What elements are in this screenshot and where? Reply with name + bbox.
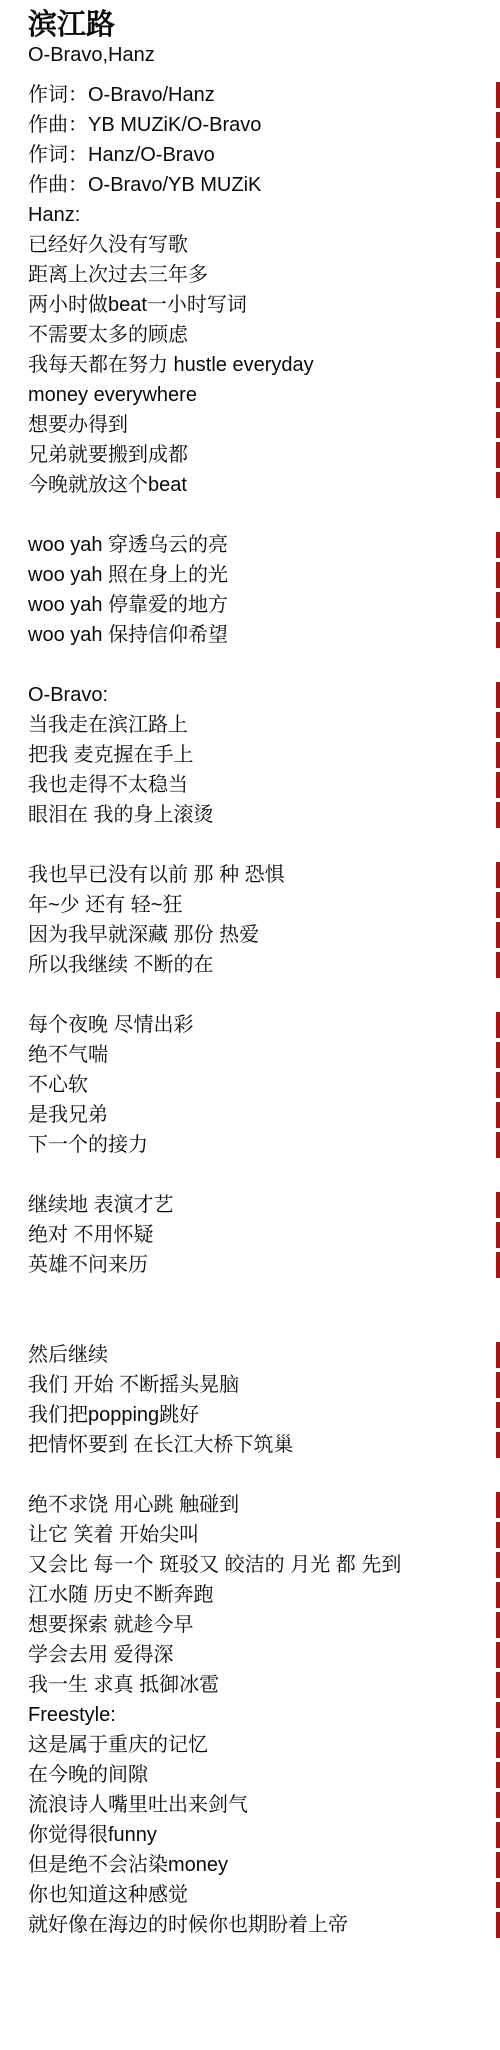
lyric-line: Hanz: (28, 200, 472, 230)
right-edge-line-marker (496, 1522, 500, 1548)
lyric-line: 这是属于重庆的记忆 (28, 1730, 472, 1760)
lyric-line: 绝对 不用怀疑 (28, 1220, 472, 1250)
right-edge-line-marker (496, 1912, 500, 1938)
right-edge-line-marker (496, 1492, 500, 1518)
right-edge-line-marker (496, 952, 500, 978)
right-edge-line-marker (496, 1402, 500, 1428)
lyric-line (28, 980, 472, 1010)
right-edge-line-marker (496, 1672, 500, 1698)
lyric-line: 你觉得很funny (28, 1820, 472, 1850)
lyric-line: O-Bravo: (28, 680, 472, 710)
lyric-line: 你也知道这种感觉 (28, 1880, 472, 1910)
lyric-line: 不心软 (28, 1070, 472, 1100)
right-edge-line-marker (496, 412, 500, 438)
lyric-line: 江水随 历史不断奔跑 (28, 1580, 472, 1610)
lyric-line: 把情怀要到 在长江大桥下筑巢 (28, 1430, 472, 1460)
lyric-line: 因为我早就深藏 那份 热爱 (28, 920, 472, 950)
right-edge-line-marker (496, 382, 500, 408)
lyric-line (28, 1160, 472, 1190)
lyric-line: 下一个的接力 (28, 1130, 472, 1160)
right-edge-line-marker (496, 352, 500, 378)
lyric-line: 让它 笑着 开始尖叫 (28, 1520, 472, 1550)
right-edge-line-marker (496, 202, 500, 228)
right-edge-line-marker (496, 1852, 500, 1878)
right-edge-line-marker (496, 1252, 500, 1278)
lyric-line: 是我兄弟 (28, 1100, 472, 1130)
lyric-line: 绝不气喘 (28, 1040, 472, 1070)
lyric-line: 作词：O-Bravo/Hanz (28, 80, 472, 110)
lyric-line (28, 1460, 472, 1490)
lyric-line: 我也早已没有以前 那 种 恐惧 (28, 860, 472, 890)
lyric-line: 眼泪在 我的身上滚烫 (28, 800, 472, 830)
lyric-line: 我每天都在努力 hustle everyday (28, 350, 472, 380)
lyric-line: 兄弟就要搬到成都 (28, 440, 472, 470)
lyric-line (28, 1310, 472, 1340)
right-edge-line-marker (496, 142, 500, 168)
right-edge-line-marker (496, 1822, 500, 1848)
right-edge-line-marker (496, 232, 500, 258)
right-edge-line-marker (496, 592, 500, 618)
lyric-line: 英雄不问来历 (28, 1250, 472, 1280)
lyric-line: 每个夜晚 尽情出彩 (28, 1010, 472, 1040)
lyric-line: 我们 开始 不断摇头晃脑 (28, 1370, 472, 1400)
lyric-line (28, 1280, 472, 1310)
lyric-line: 绝不求饶 用心跳 触碰到 (28, 1490, 472, 1520)
lyric-line: 又会比 每一个 斑驳又 皎洁的 月光 都 先到 (28, 1550, 472, 1580)
lyric-line: 作曲：O-Bravo/YB MUZiK (28, 170, 472, 200)
right-edge-line-marker (496, 1102, 500, 1128)
right-edge-line-marker (496, 622, 500, 648)
lyric-line: 两小时做beat一小时写词 (28, 290, 472, 320)
lyric-line: 把我 麦克握在手上 (28, 740, 472, 770)
lyric-line: Freestyle: (28, 1700, 472, 1730)
right-edge-line-marker (496, 1132, 500, 1158)
lyric-line (28, 650, 472, 680)
lyric-line: 已经好久没有写歌 (28, 230, 472, 260)
right-edge-line-marker (496, 1882, 500, 1908)
lyric-line: 所以我继续 不断的在 (28, 950, 472, 980)
right-edge-line-marker (496, 1582, 500, 1608)
right-edge-line-marker (496, 1372, 500, 1398)
artist-names: O-Bravo,Hanz (28, 42, 472, 68)
right-edge-line-marker (496, 892, 500, 918)
lyric-line: 流浪诗人嘴里吐出来剑气 (28, 1790, 472, 1820)
right-edge-line-marker (496, 1192, 500, 1218)
right-edge-line-marker (496, 1072, 500, 1098)
right-edge-line-marker (496, 442, 500, 468)
lyric-line: 在今晚的间隙 (28, 1760, 472, 1790)
right-edge-line-marker (496, 772, 500, 798)
lyric-line: 学会去用 爱得深 (28, 1640, 472, 1670)
lyric-line: woo yah 穿透乌云的亮 (28, 530, 472, 560)
right-edge-line-marker (496, 1612, 500, 1638)
right-edge-line-marker (496, 1702, 500, 1728)
right-edge-line-marker (496, 292, 500, 318)
right-edge-line-marker (496, 532, 500, 558)
right-edge-line-marker (496, 862, 500, 888)
right-edge-line-marker (496, 1642, 500, 1668)
lyric-line: 我们把popping跳好 (28, 1400, 472, 1430)
lyric-line: 当我走在滨江路上 (28, 710, 472, 740)
right-edge-line-marker (496, 922, 500, 948)
right-edge-line-marker (496, 802, 500, 828)
lyric-line: 作词：Hanz/O-Bravo (28, 140, 472, 170)
right-edge-line-marker (496, 322, 500, 348)
page-title: 滨江路 (28, 8, 472, 42)
right-edge-line-marker (496, 472, 500, 498)
lyric-line: woo yah 停靠爱的地方 (28, 590, 472, 620)
right-edge-line-marker (496, 1222, 500, 1248)
lyric-line: 不需要太多的顾虑 (28, 320, 472, 350)
lyric-line: 想要探索 就趁今早 (28, 1610, 472, 1640)
lyric-line: 就好像在海边的时候你也期盼着上帝 (28, 1910, 472, 1940)
right-edge-line-marker (496, 172, 500, 198)
lyrics-lines: 作词：O-Bravo/Hanz作曲：YB MUZiK/O-Bravo作词：Han… (28, 80, 472, 1940)
right-edge-line-marker (496, 1792, 500, 1818)
right-edge-line-marker (496, 1342, 500, 1368)
lyric-line: 今晚就放这个beat (28, 470, 472, 500)
lyric-line: 然后继续 (28, 1340, 472, 1370)
right-edge-line-marker (496, 742, 500, 768)
right-edge-line-marker (496, 1732, 500, 1758)
lyric-line: 距离上次过去三年多 (28, 260, 472, 290)
lyric-line: 我一生 求真 抵御冰雹 (28, 1670, 472, 1700)
right-edge-line-marker (496, 712, 500, 738)
lyric-line: 想要办得到 (28, 410, 472, 440)
lyric-line (28, 830, 472, 860)
lyric-line (28, 500, 472, 530)
lyric-line: woo yah 保持信仰希望 (28, 620, 472, 650)
right-edge-line-marker (496, 682, 500, 708)
lyric-line: 年~少 还有 轻~狂 (28, 890, 472, 920)
lyric-line: money everywhere (28, 380, 472, 410)
right-edge-line-marker (496, 1762, 500, 1788)
lyric-line: 继续地 表演才艺 (28, 1190, 472, 1220)
lyrics-page: 滨江路 O-Bravo,Hanz 作词：O-Bravo/Hanz作曲：YB MU… (0, 0, 500, 1940)
lyric-line: 作曲：YB MUZiK/O-Bravo (28, 110, 472, 140)
right-edge-line-marker (496, 1042, 500, 1068)
right-edge-line-marker (496, 1012, 500, 1038)
lyric-line: 但是绝不会沾染money (28, 1850, 472, 1880)
lyric-line: woo yah 照在身上的光 (28, 560, 472, 590)
right-edge-line-marker (496, 1432, 500, 1458)
right-edge-line-marker (496, 112, 500, 138)
right-edge-line-marker (496, 562, 500, 588)
right-edge-line-marker (496, 82, 500, 108)
right-edge-line-marker (496, 262, 500, 288)
right-edge-line-marker (496, 1552, 500, 1578)
lyric-line: 我也走得不太稳当 (28, 770, 472, 800)
